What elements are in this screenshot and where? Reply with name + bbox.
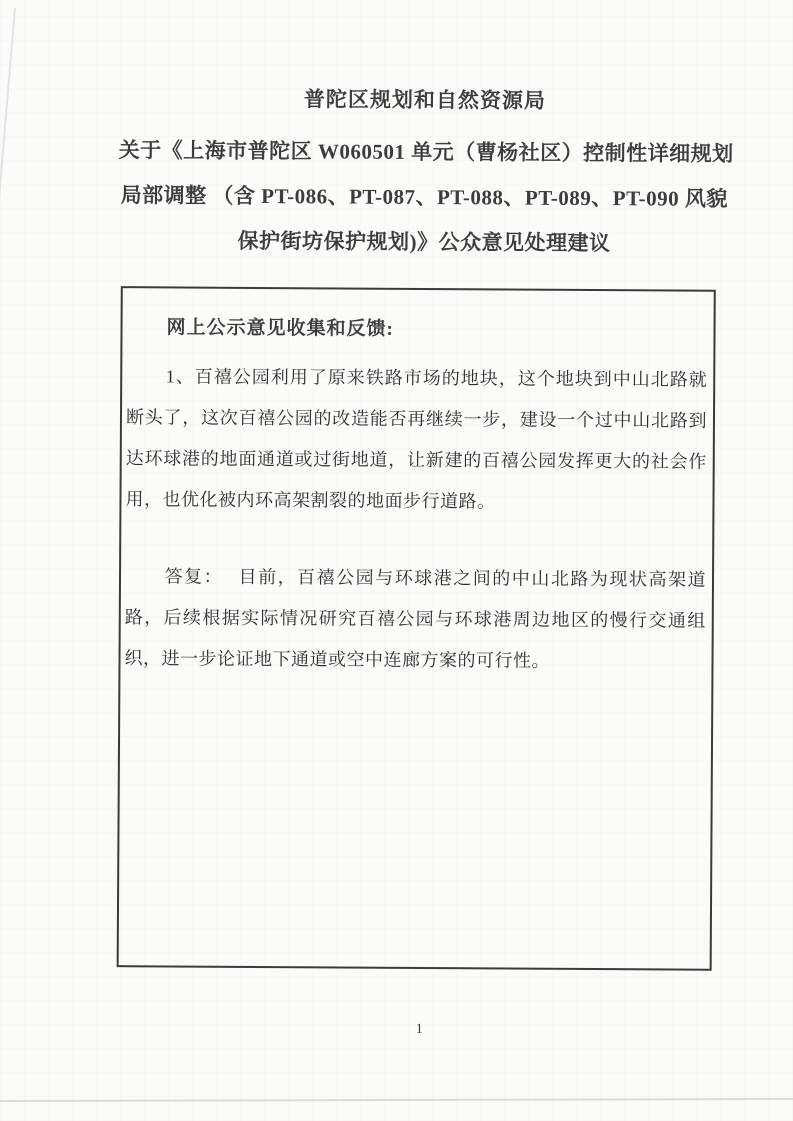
feedback-box: 网上公示意见收集和反馈: 1、百禧公园利用了原来铁路市场的地块，这个地块到中山北… xyxy=(117,286,716,971)
document-content: 普陀区规划和自然资源局 关于《上海市普陀区 W060501 单元（曹杨社区）控制… xyxy=(113,0,732,1121)
feedback-box-heading: 网上公示意见收集和反馈: xyxy=(126,312,707,348)
subtitle-line-3: 保护街坊保护规划)》公众意见处理建议 xyxy=(118,218,730,267)
page-number: 1 xyxy=(113,1020,725,1040)
document-title: 普陀区规划和自然资源局 xyxy=(119,82,731,116)
reply-label: 答复： xyxy=(165,566,224,586)
reply-paragraph: 答复：目前，百禧公园与环球港之间的中山北路为现状高架道路，后续根据实际情况研究百… xyxy=(124,556,706,683)
scan-artifact-diagonal-line xyxy=(0,8,16,235)
subtitle-line-2: 局部调整 （含 PT-086、PT-087、PT-088、PT-089、PT-0… xyxy=(118,173,730,222)
document-subtitle: 关于《上海市普陀区 W060501 单元（曹杨社区）控制性详细规划 局部调整 （… xyxy=(118,128,731,267)
comment-paragraph: 1、百禧公园利用了原来铁路市场的地块，这个地块到中山北路就断头了，这次百禧公园的… xyxy=(125,356,707,524)
scanned-document-page: 普陀区规划和自然资源局 关于《上海市普陀区 W060501 单元（曹杨社区）控制… xyxy=(0,0,793,1121)
subtitle-line-1: 关于《上海市普陀区 W060501 单元（曹杨社区）控制性详细规划 xyxy=(118,128,730,177)
